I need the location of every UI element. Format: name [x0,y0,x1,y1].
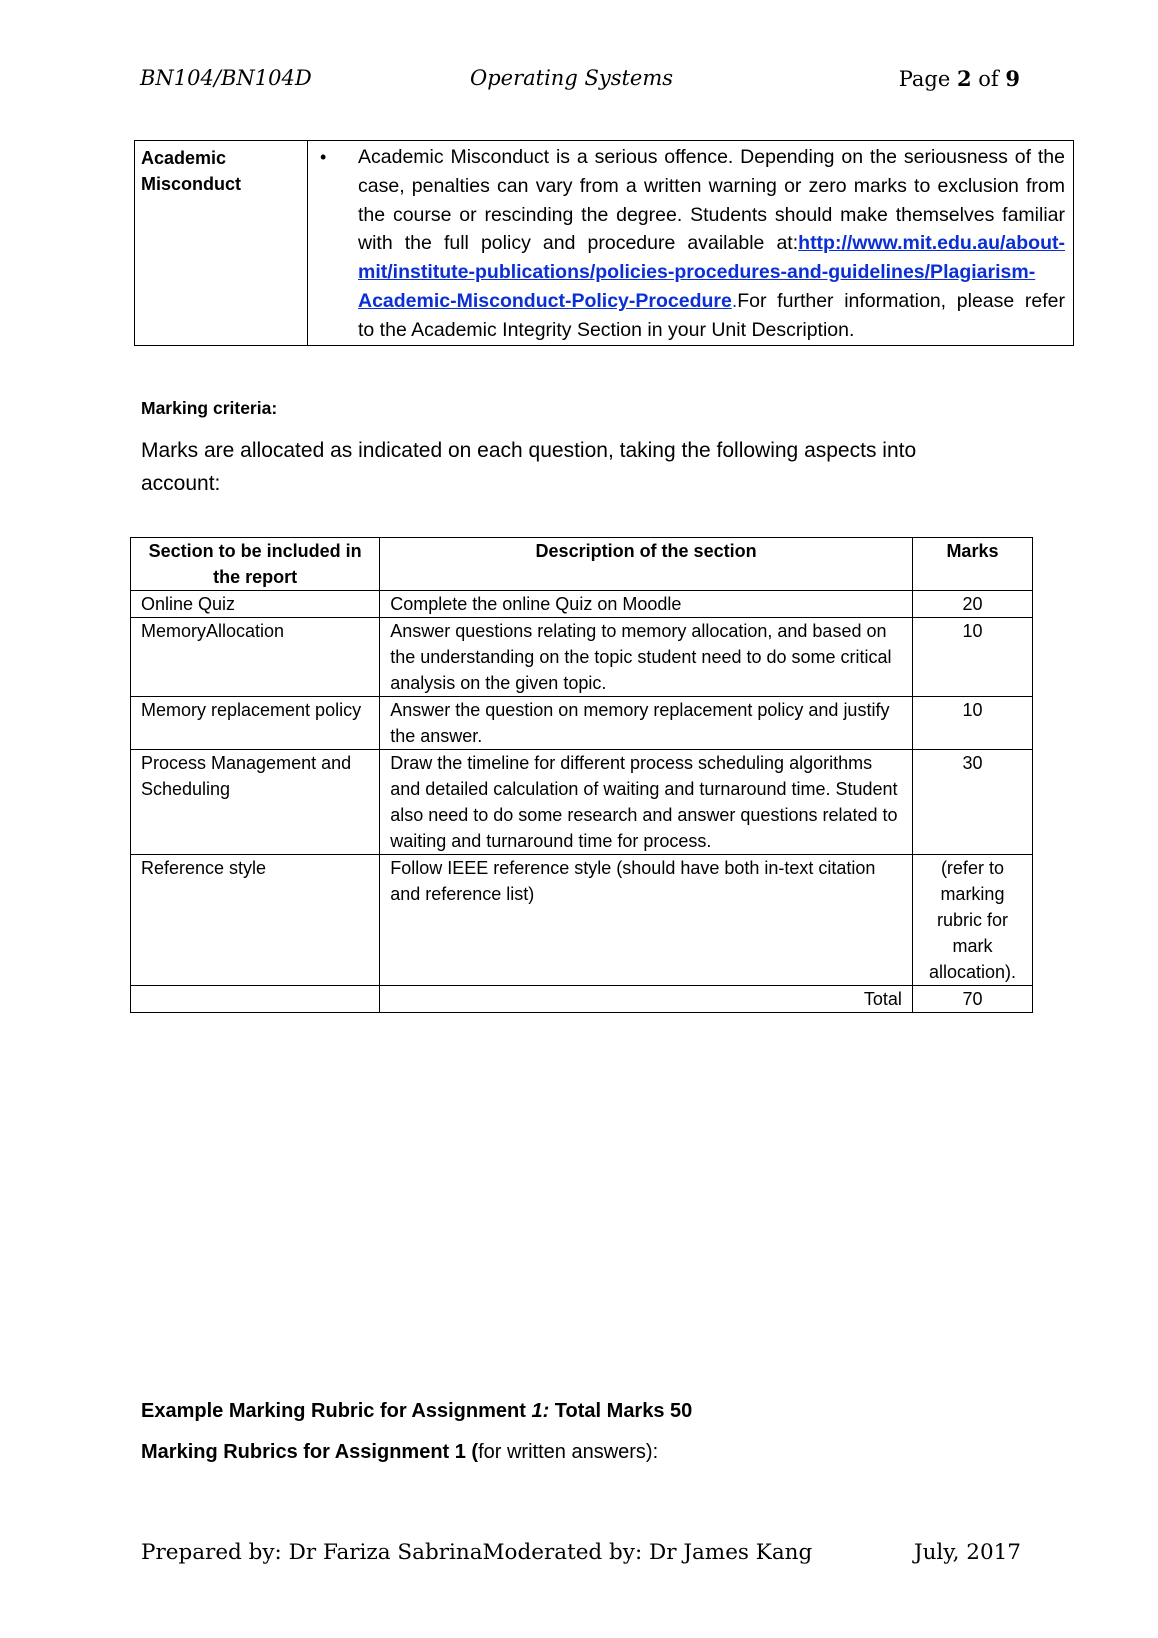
total-row: Total 70 [131,986,1033,1013]
total-label: Total [380,986,913,1013]
header-marks: Marks [912,538,1032,591]
table-row: Memory replacement policy Answer the que… [131,697,1033,750]
total-value: 70 [912,986,1032,1013]
misconduct-text: Academic Misconduct is a serious offence… [358,143,1065,345]
course-code: BN104/BN104D [140,66,312,90]
document-page: BN104/BN104D Operating Systems Page 2 of… [0,0,1158,1638]
cell-description: Follow IEEE reference style (should have… [380,855,913,986]
cell-description: Answer questions relating to memory allo… [380,618,913,697]
cell-description: Answer the question on memory replacemen… [380,697,913,750]
rubrics-heading-rest: for written answers): [478,1441,658,1463]
page-of: of [972,67,1006,91]
header-description: Description of the section [380,538,913,591]
table-row: Reference style Follow IEEE reference st… [131,855,1033,986]
moderated-by: Moderated by: Dr James Kang [483,1540,813,1565]
table-row: MemoryAllocation Answer questions relati… [131,618,1033,697]
cell-marks: 10 [912,618,1032,697]
criteria-table: Section to be included in the report Des… [130,537,1033,1013]
misconduct-label: Academic Misconduct [135,141,308,346]
cell-marks: 30 [912,750,1032,855]
table-row: Process Management and Scheduling Draw t… [131,750,1033,855]
cell-section: MemoryAllocation [131,618,380,697]
header-section: Section to be included in the report [131,538,380,591]
page-number: Page 2 of 9 [899,66,1020,91]
table-header-row: Section to be included in the report Des… [131,538,1033,591]
cell-section: Reference style [131,855,380,986]
misconduct-body: • Academic Misconduct is a serious offen… [308,141,1074,346]
marking-criteria-intro: Marks are allocated as indicated on each… [141,434,961,500]
cell-section: Process Management and Scheduling [131,750,380,855]
cell-empty [131,986,380,1013]
cell-description: Draw the timeline for different process … [380,750,913,855]
table-row: Academic Misconduct • Academic Misconduc… [135,141,1074,346]
marking-rubrics-heading: Marking Rubrics for Assignment 1 (for wr… [141,1441,658,1464]
example-heading-part1: Example Marking Rubric for Assignment [141,1400,531,1422]
marking-criteria-heading: Marking criteria: [141,398,277,419]
prepared-by: Prepared by: Dr Fariza Sabrina [141,1540,483,1565]
example-heading-part2: Total Marks 50 [549,1400,692,1422]
page-footer: Prepared by: Dr Fariza SabrinaModerated … [141,1540,1021,1565]
bullet-icon: • [318,143,358,345]
page-current: 2 [957,66,972,91]
rubrics-heading-bold: Marking Rubrics for Assignment 1 ( [141,1441,478,1463]
cell-section: Online Quiz [131,591,380,618]
list-item: • Academic Misconduct is a serious offen… [318,143,1065,345]
cell-marks: 20 [912,591,1032,618]
example-rubric-heading: Example Marking Rubric for Assignment 1:… [141,1400,692,1423]
cell-marks: (refer to marking rubric for mark alloca… [912,855,1032,986]
academic-misconduct-table: Academic Misconduct • Academic Misconduc… [134,140,1074,346]
cell-description: Complete the online Quiz on Moodle [380,591,913,618]
cell-marks: 10 [912,697,1032,750]
cell-section: Memory replacement policy [131,697,380,750]
footer-date: July, 2017 [914,1540,1021,1565]
table-row: Online Quiz Complete the online Quiz on … [131,591,1033,618]
page-prefix: Page [899,67,957,91]
page-header: BN104/BN104D Operating Systems Page 2 of… [140,66,1020,96]
course-title: Operating Systems [470,66,673,90]
example-heading-number: 1: [531,1400,549,1422]
page-total: 9 [1005,66,1020,91]
